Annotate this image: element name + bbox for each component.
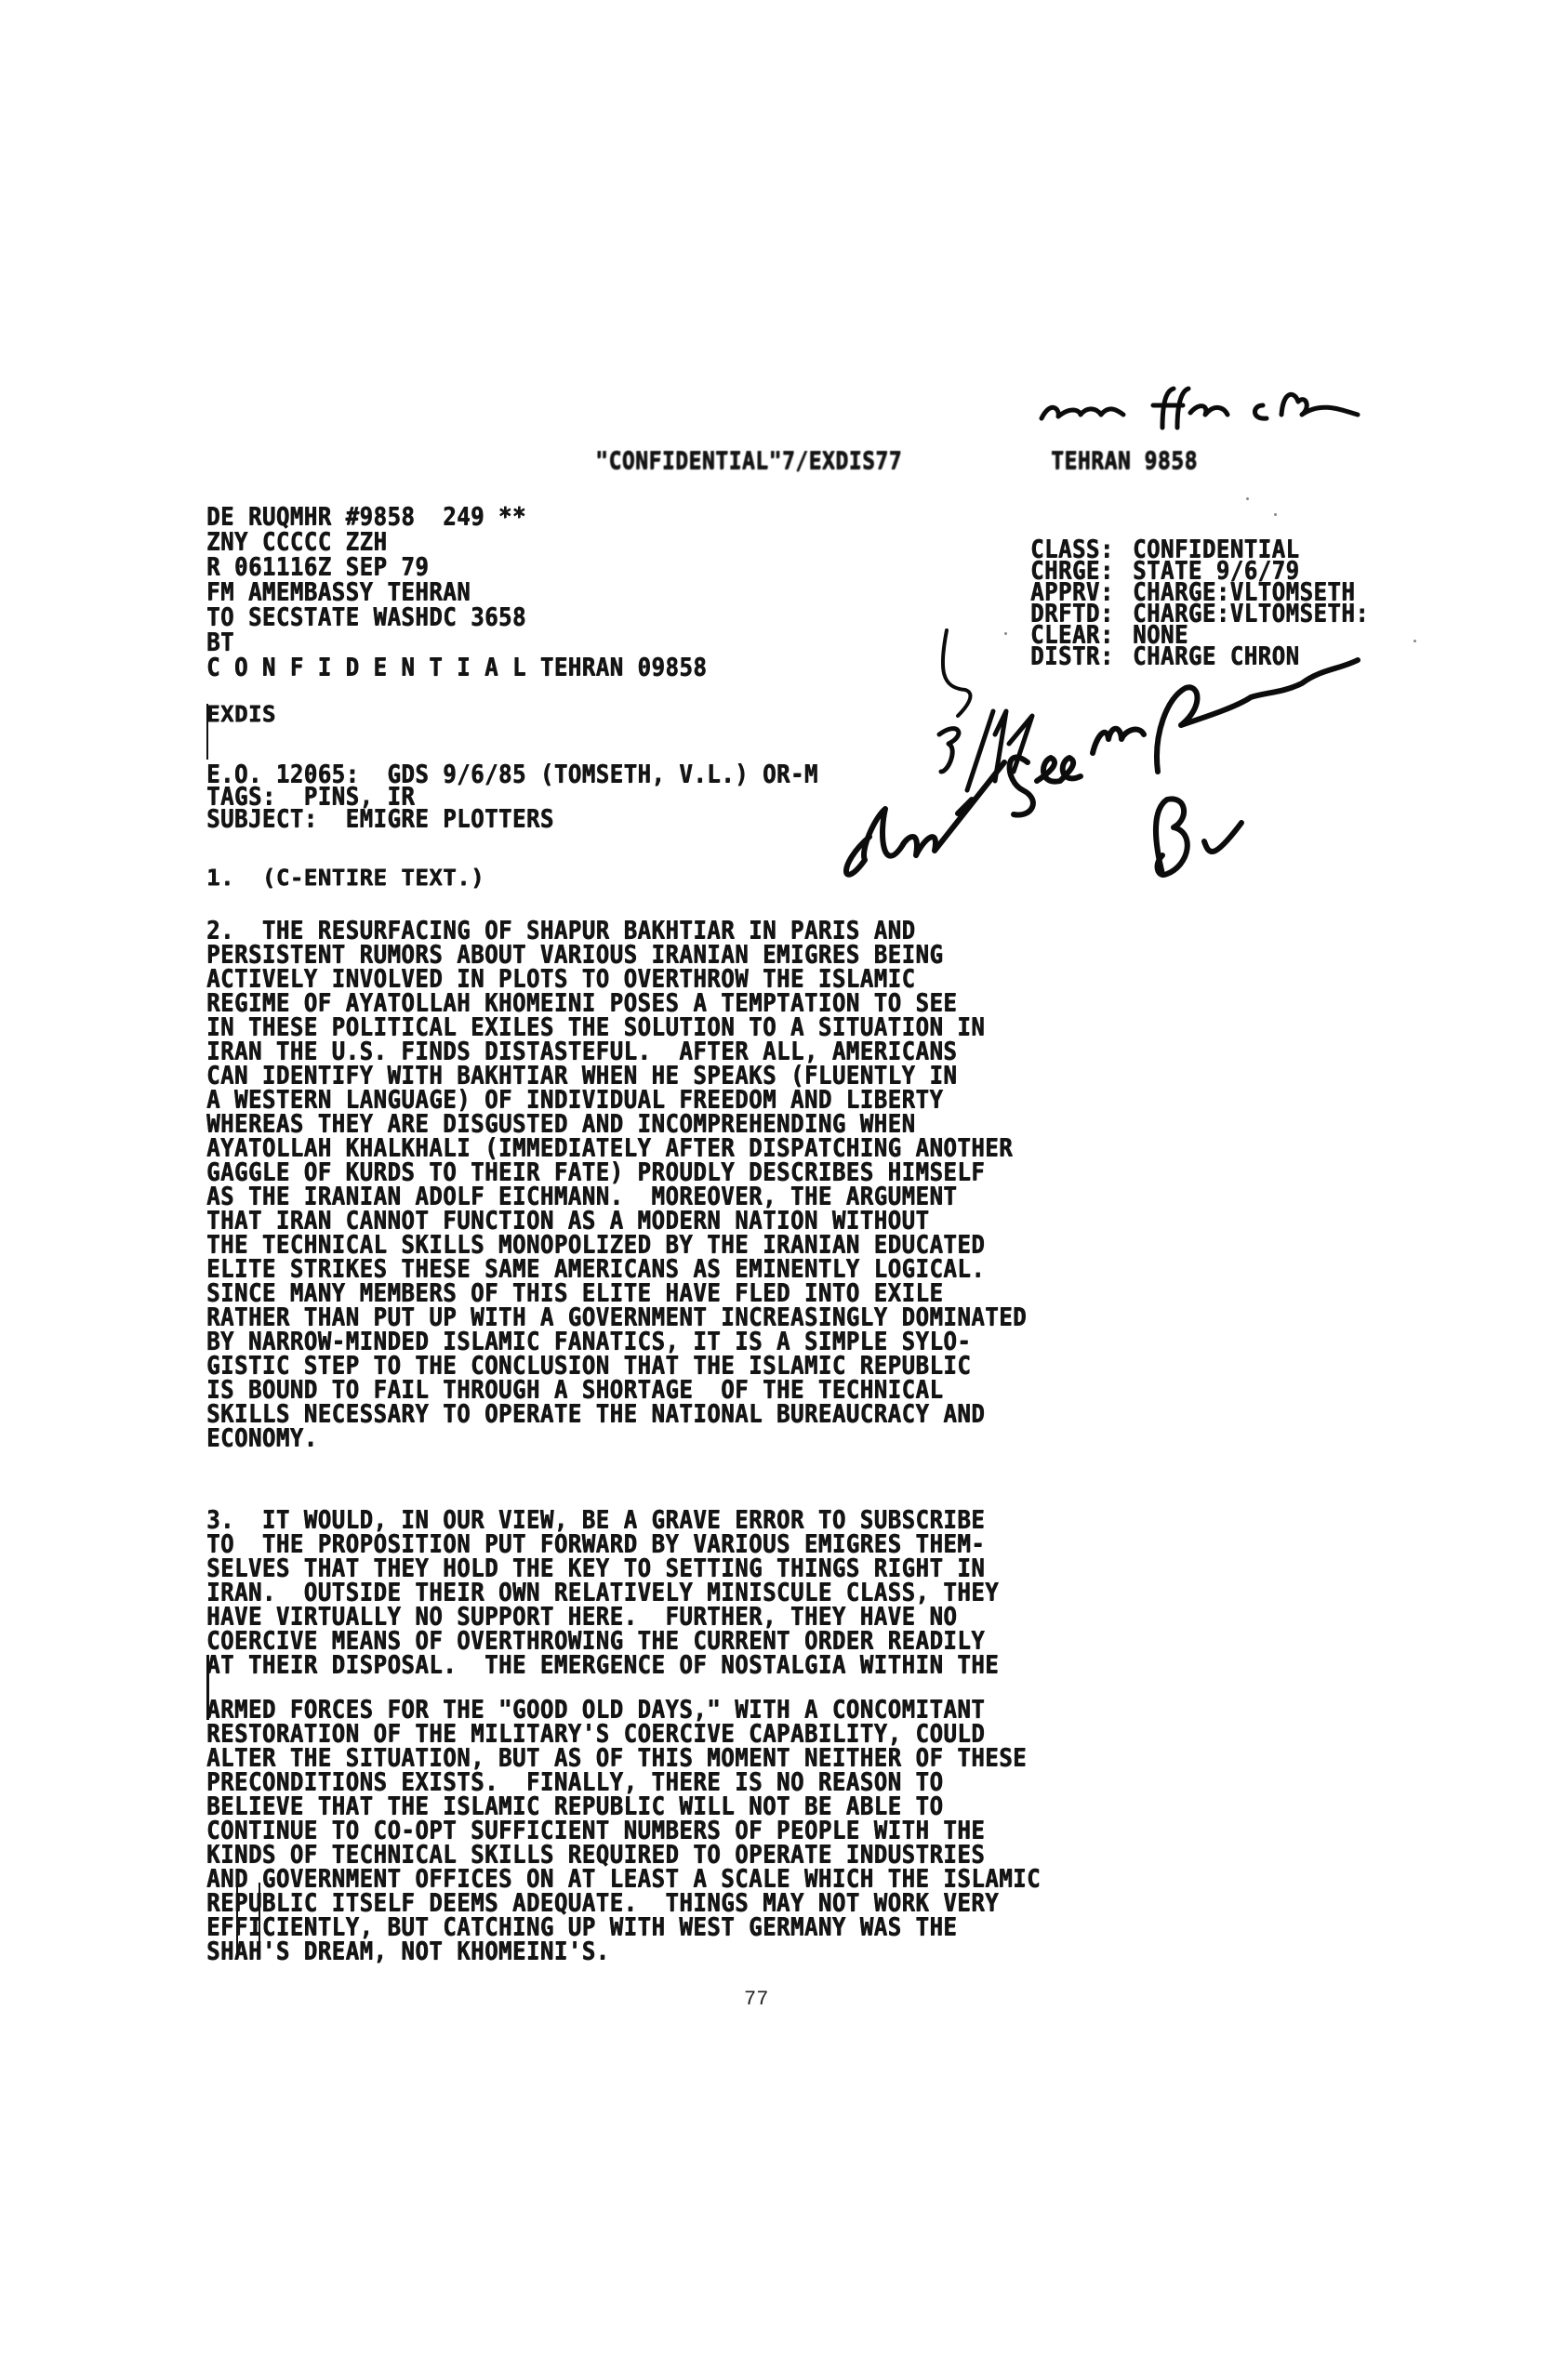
paragraph-line: AT THEIR DISPOSAL. THE EMERGENCE OF NOST… <box>206 1653 1041 1680</box>
metadata-value: CHARGE CHRON <box>1133 644 1299 668</box>
page-number: 77 <box>744 1988 768 2011</box>
routing-header: DE RUQMHR #9858 249 ** ZNY CCCCC ZZH R 0… <box>206 505 707 681</box>
scan-speck <box>1246 497 1249 500</box>
paragraph-1-text: 1. (C-ENTIRE TEXT.) <box>206 865 484 891</box>
paragraph-line: ECONOMY. <box>206 1426 1027 1453</box>
paragraph-line: SKILLS NECESSARY TO OPERATE THE NATIONAL… <box>206 1402 1027 1429</box>
check-hook-mark <box>943 630 971 716</box>
paragraph-line: SHAH'S DREAM, NOT KHOMEINI'S. <box>206 1939 1041 1966</box>
eo-tags-subject: E.O. 12065: GDS 9/6/85 (TOMSETH, V.L.) O… <box>206 762 818 829</box>
margin-bracket <box>259 1883 260 1957</box>
routing-line: TO SECSTATE WASHDC 3658 <box>206 605 707 633</box>
exdis-label: EXDIS <box>206 701 276 727</box>
paragraph-2: 2. THE RESURFACING OF SHAPUR BAKHTIAR IN… <box>206 919 1027 1450</box>
metadata-key: DISTR: <box>1030 644 1133 668</box>
see-me-please-note <box>846 660 1358 875</box>
save-for-cbr-note <box>1042 389 1358 428</box>
date-note-9-17 <box>939 711 1032 790</box>
scan-speck <box>1004 632 1007 635</box>
tehran-reference-stamp: TEHRAN 9858 <box>1051 450 1198 474</box>
paragraph-1: 1. (C-ENTIRE TEXT.) <box>206 867 484 890</box>
metadata-block: CLASS: CONFIDENTIAL CHRGE: STATE 9/6/79 … <box>1030 537 1369 666</box>
paragraph-3: 3. IT WOULD, IN OUR VIEW, BE A GRAVE ERR… <box>206 1508 1041 1963</box>
scan-speck <box>1413 640 1416 642</box>
classification-stamp: "CONFIDENTIAL"7/EXDIS77 <box>595 450 902 474</box>
bl-initials <box>1156 799 1241 875</box>
confidential-header-line: C O N F I D E N T I A L TEHRAN 09858 <box>206 655 707 683</box>
margin-mark <box>206 1655 209 1720</box>
scan-speck <box>1274 513 1277 516</box>
subject-line: SUBJECT: EMIGRE PLOTTERS <box>206 807 818 832</box>
metadata-row: DISTR: CHARGE CHRON <box>1030 644 1369 666</box>
margin-mark <box>206 704 208 760</box>
cable-page: "CONFIDENTIAL"7/EXDIS77 TEHRAN 9858 DE R… <box>0 0 1566 2380</box>
handling-caveat: EXDIS <box>206 704 276 726</box>
margin-bracket <box>236 1883 238 1957</box>
